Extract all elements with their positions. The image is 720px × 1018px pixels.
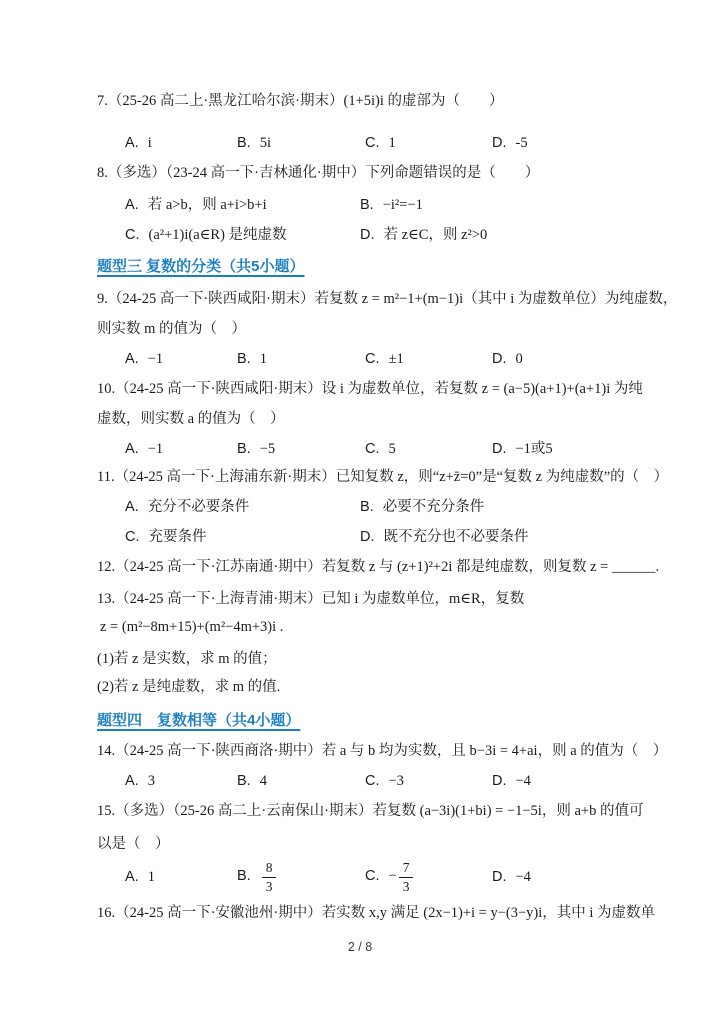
- question-7-option-b: B.5i: [237, 132, 365, 154]
- question-8-option-c: C.(a²+1)i(a∈R) 是纯虚数: [125, 224, 360, 246]
- option-label: D.: [492, 135, 507, 151]
- option-label: D.: [492, 351, 507, 367]
- option-text: 4: [260, 773, 267, 789]
- question-8-options-row-2: C.(a²+1)i(a∈R) 是纯虚数 D.若 z∈C，则 z²>0: [125, 224, 487, 246]
- question-8-stem: 8.（多选）（23-24 高一下·吉林通化·期中）下列命题错误的是（ ）: [97, 162, 539, 184]
- fraction-numerator: 8: [262, 860, 277, 878]
- option-text: −4: [516, 869, 531, 885]
- option-label: C.: [365, 773, 380, 789]
- option-label: A.: [125, 499, 139, 515]
- question-11-option-d: D.既不充分也不必要条件: [360, 526, 529, 548]
- option-text: -5: [516, 135, 528, 151]
- fraction-denominator: 3: [399, 878, 414, 895]
- option-label: B.: [237, 351, 251, 367]
- option-text: −5: [260, 441, 275, 457]
- question-7-option-a: A.i: [125, 132, 237, 154]
- section-heading-type-4: 题型四 复数相等（共4小题）: [97, 710, 300, 732]
- option-text: (a²+1)i(a∈R) 是纯虚数: [149, 227, 287, 243]
- option-text: 若 a>b，则 a+i>b+i: [148, 197, 267, 213]
- question-10-options: A.−1 B.−5 C.5 D.−1或5: [125, 438, 553, 460]
- question-9-option-d: D.0: [492, 348, 523, 370]
- fraction-denominator: 3: [262, 878, 277, 895]
- question-15-option-b: B.83: [237, 860, 365, 894]
- option-label: C.: [365, 868, 380, 884]
- option-label: C.: [125, 227, 140, 243]
- option-text: 既不充分也不必要条件: [384, 529, 529, 545]
- option-label: C.: [365, 351, 380, 367]
- option-label: D.: [492, 441, 507, 457]
- question-8-option-d: D.若 z∈C，则 z²>0: [360, 224, 487, 246]
- option-text: 1: [389, 135, 396, 151]
- question-13-part-2: (2)若 z 是纯虚数，求 m 的值.: [97, 676, 280, 698]
- question-10-stem-line-2: 虚数，则实数 a 的值为（ ）: [97, 408, 285, 430]
- option-label: A.: [125, 351, 139, 367]
- question-15-options: A.1 B.83 C.−73 D.−4: [125, 855, 531, 899]
- fraction: 83: [262, 860, 277, 894]
- question-15-option-d: D.−4: [492, 866, 531, 888]
- question-16-stem: 16.（24-25 高一下·安徽池州·期中）若实数 x,y 满足 (2x−1)+…: [97, 902, 655, 924]
- question-9-stem-line-1: 9.（24-25 高一下·陕西咸阳·期末）若复数 z = m²−1+(m−1)i…: [97, 288, 677, 310]
- option-text: 充分不必要条件: [148, 499, 250, 515]
- option-label: B.: [237, 868, 251, 884]
- option-label: A.: [125, 441, 139, 457]
- question-11-option-c: C.充要条件: [125, 526, 360, 548]
- question-14-option-c: C.−3: [365, 770, 492, 792]
- question-14-option-b: B.4: [237, 770, 365, 792]
- question-14-options: A.3 B.4 C.−3 D.−4: [125, 770, 531, 792]
- question-14-option-d: D.−4: [492, 770, 531, 792]
- question-15-option-c: C.−73: [365, 860, 492, 894]
- question-15-stem-line-2: 以是（ ）: [97, 833, 170, 855]
- question-10-stem-line-1: 10.（24-25 高一下·陕西咸阳·期末）设 i 为虚数单位，若复数 z = …: [97, 378, 643, 400]
- fraction: 73: [399, 860, 414, 894]
- question-9-stem-line-2: 则实数 m 的值为（ ）: [97, 318, 246, 340]
- option-text: 5i: [260, 135, 271, 151]
- question-11-option-a: A.充分不必要条件: [125, 496, 360, 518]
- question-14-stem: 14.（24-25 高一下·陕西商洛·期中）若 a 与 b 均为实数，且 b−3…: [97, 740, 667, 762]
- question-11-options-row-2: C.充要条件 D.既不充分也不必要条件: [125, 526, 529, 548]
- option-label: D.: [492, 773, 507, 789]
- question-11-options-row-1: A.充分不必要条件 B.必要不充分条件: [125, 496, 484, 518]
- question-10-option-a: A.−1: [125, 438, 237, 460]
- option-label: B.: [360, 197, 374, 213]
- option-label: A.: [125, 135, 139, 151]
- document-page: 7.（25-26 高二上·黑龙江哈尔滨·期末）(1+5i)i 的虚部为（ ） A…: [0, 0, 720, 1018]
- question-7-option-d: D.-5: [492, 132, 528, 154]
- question-13-part-1: (1)若 z 是实数，求 m 的值；: [97, 648, 277, 670]
- question-13-formula: z = (m²−8m+15)+(m²−4m+3)i .: [100, 616, 283, 638]
- question-15-stem-line-1: 15.（多选）（25-26 高二上·云南保山·期末）若复数 (a−3i)(1+b…: [97, 800, 643, 822]
- option-text: −1: [148, 351, 163, 367]
- fraction-numerator: 7: [399, 860, 414, 878]
- question-12-stem: 12.（24-25 高一下·江苏南通·期中）若复数 z 与 (z+1)²+2i …: [97, 556, 659, 578]
- option-text: 5: [389, 441, 396, 457]
- question-9-option-b: B.1: [237, 348, 365, 370]
- question-15-option-a: A.1: [125, 866, 237, 888]
- option-text: −i²=−1: [383, 197, 423, 213]
- page-number: 2 / 8: [0, 940, 720, 954]
- option-text: ±1: [389, 351, 404, 367]
- question-11-option-b: B.必要不充分条件: [360, 496, 484, 518]
- question-8-option-b: B.−i²=−1: [360, 194, 423, 216]
- question-8-options-row-1: A.若 a>b，则 a+i>b+i B.−i²=−1: [125, 194, 423, 216]
- option-label: D.: [360, 529, 375, 545]
- option-text: −3: [389, 773, 404, 789]
- option-text: 0: [516, 351, 523, 367]
- option-label: D.: [360, 227, 375, 243]
- option-label: C.: [125, 529, 140, 545]
- option-label: B.: [237, 441, 251, 457]
- option-label: A.: [125, 869, 139, 885]
- option-text: 必要不充分条件: [383, 499, 485, 515]
- option-text: −1: [148, 441, 163, 457]
- option-label: A.: [125, 773, 139, 789]
- option-text: 若 z∈C，则 z²>0: [384, 227, 488, 243]
- option-label: C.: [365, 441, 380, 457]
- option-text: 3: [148, 773, 155, 789]
- question-14-option-a: A.3: [125, 770, 237, 792]
- option-text: i: [148, 135, 152, 151]
- option-text: 充要条件: [149, 529, 207, 545]
- question-10-option-c: C.5: [365, 438, 492, 460]
- option-label: B.: [237, 135, 251, 151]
- fraction-sign: −: [389, 868, 397, 884]
- option-label: B.: [237, 773, 251, 789]
- option-text: 1: [148, 869, 155, 885]
- question-13-stem-line-1: 13.（24-25 高一下·上海青浦·期末）已知 i 为虚数单位，m∈R，复数: [97, 588, 524, 610]
- question-7-options: A.i B.5i C.1 D.-5: [125, 132, 528, 154]
- question-8-option-a: A.若 a>b，则 a+i>b+i: [125, 194, 360, 216]
- option-label: B.: [360, 499, 374, 515]
- question-10-option-d: D.−1或5: [492, 438, 553, 460]
- question-7-stem: 7.（25-26 高二上·黑龙江哈尔滨·期末）(1+5i)i 的虚部为（ ）: [97, 90, 504, 112]
- question-9-options: A.−1 B.1 C.±1 D.0: [125, 348, 523, 370]
- question-9-option-a: A.−1: [125, 348, 237, 370]
- option-text: −1或5: [516, 441, 553, 457]
- question-7-option-c: C.1: [365, 132, 492, 154]
- option-text: 1: [260, 351, 267, 367]
- option-label: A.: [125, 197, 139, 213]
- question-9-option-c: C.±1: [365, 348, 492, 370]
- option-label: D.: [492, 869, 507, 885]
- option-text: −4: [516, 773, 531, 789]
- question-11-stem: 11.（24-25 高一下·上海浦东新·期末）已知复数 z，则“z+z̄=0”是…: [97, 466, 668, 488]
- option-label: C.: [365, 135, 380, 151]
- question-10-option-b: B.−5: [237, 438, 365, 460]
- section-heading-type-3: 题型三 复数的分类（共5小题）: [97, 256, 305, 278]
